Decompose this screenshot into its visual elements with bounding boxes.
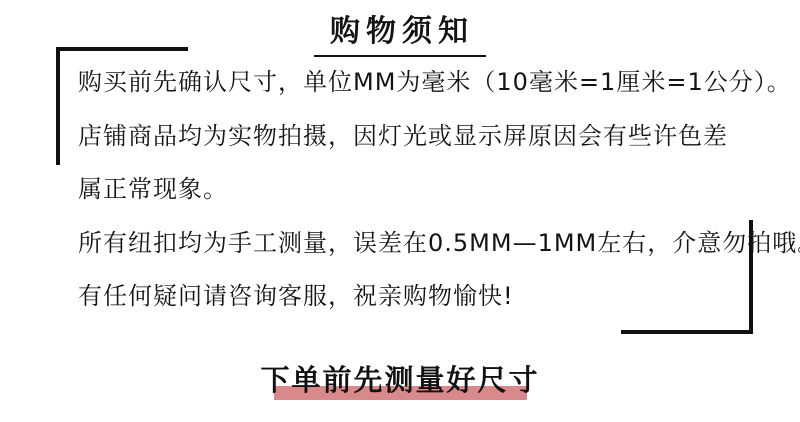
notice-line: 有任何疑问请咨询客服，祝亲购物愉快!	[78, 270, 758, 324]
page-title: 购物须知	[314, 6, 486, 57]
footer-heading-row: 下单前先测量好尺寸	[0, 358, 800, 399]
shopping-notice-page: 购物须知 购买前先确认尺寸，单位MM为毫米（10毫米=1厘米=1公分）。 店铺商…	[0, 0, 800, 422]
notice-line: 属正常现象。	[78, 163, 758, 217]
notice-line: 店铺商品均为实物拍摄，因灯光或显示屏原因会有些许色差	[78, 110, 758, 164]
footer-heading: 下单前先测量好尺寸	[260, 358, 539, 399]
notice-line: 购买前先确认尺寸，单位MM为毫米（10毫米=1厘米=1公分）。	[78, 56, 758, 110]
notice-text-block: 购买前先确认尺寸，单位MM为毫米（10毫米=1厘米=1公分）。 店铺商品均为实物…	[78, 56, 758, 324]
notice-line: 所有纽扣均为手工测量，误差在0.5MM—1MM左右，介意勿拍哦。	[78, 217, 758, 271]
